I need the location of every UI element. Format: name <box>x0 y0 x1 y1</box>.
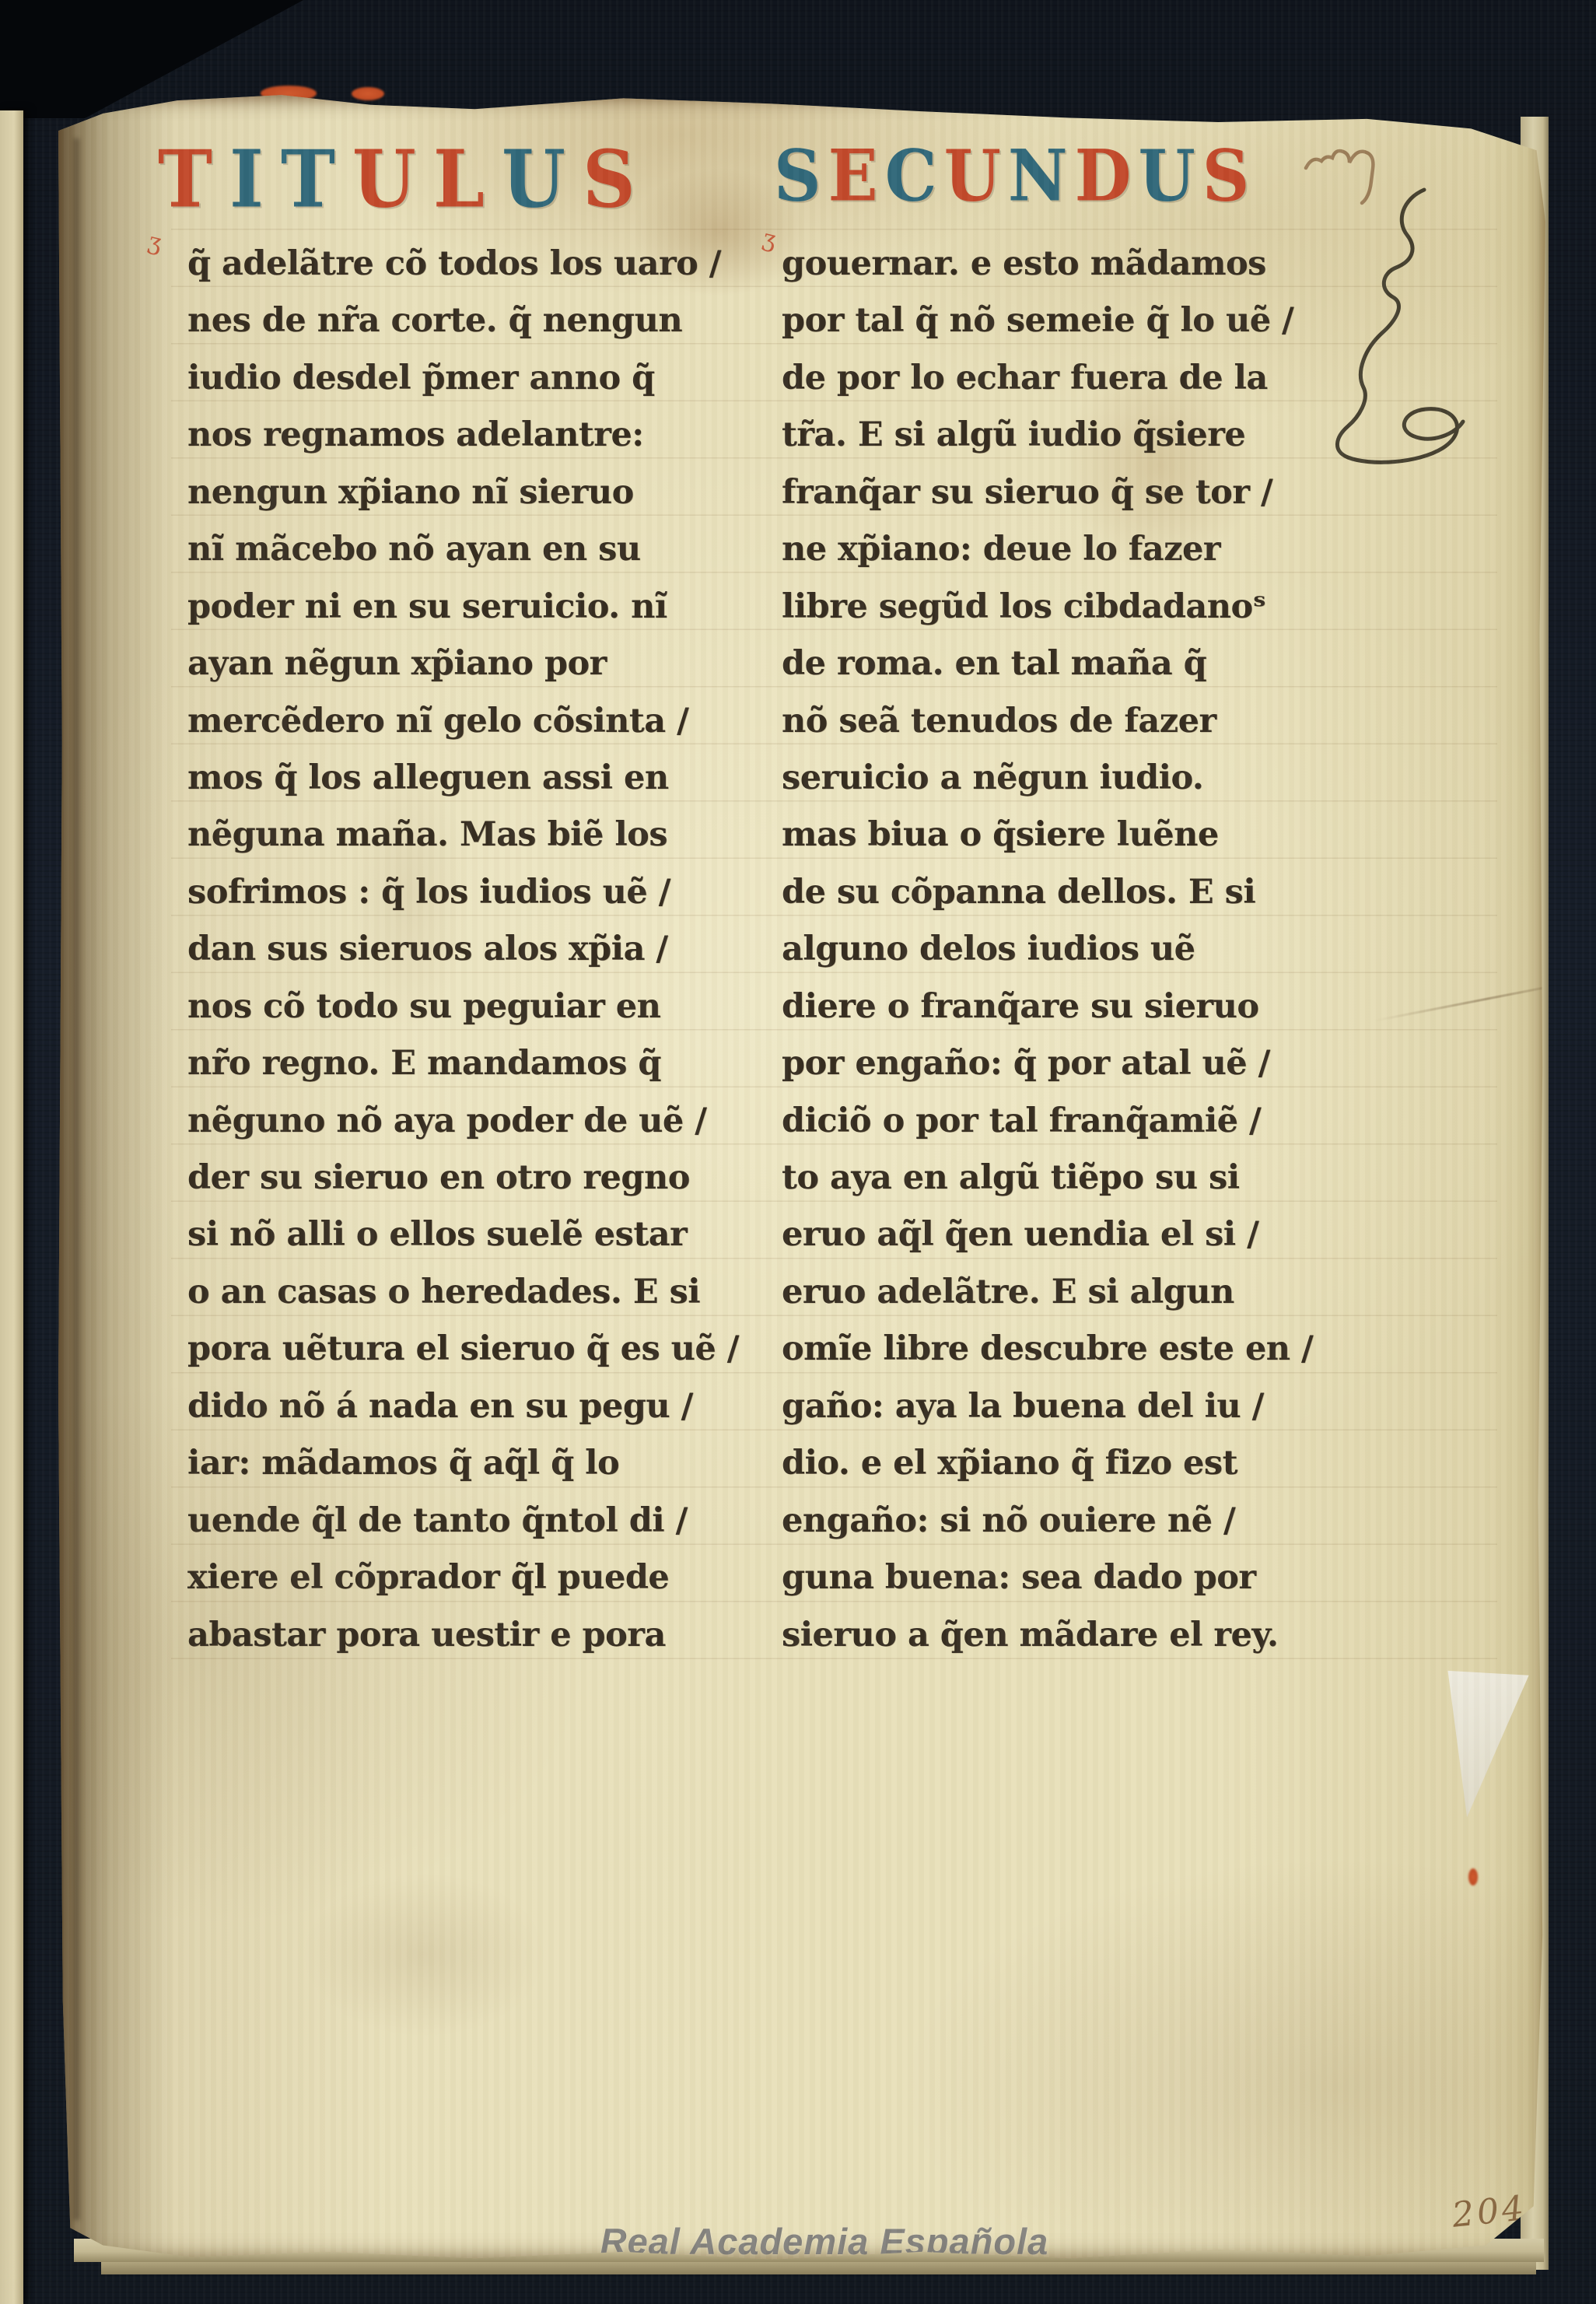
facing-page-edge <box>0 110 23 2304</box>
column-right: gouernar. e esto mãdamospor tal q̃ nõ se… <box>782 244 1381 1672</box>
parchment-page: TITULUS SECUNDUS ʒ ʒ q̃ adelãtre cõ todo… <box>58 92 1545 2260</box>
text-line: iar: mãdamos q̃ aq̃l q̃ lo <box>187 1444 755 1500</box>
text-line: nõ seã tenudos de fazer <box>782 702 1381 758</box>
text-line: por engaño: q̃ por atal uẽ / <box>782 1044 1381 1101</box>
title-left: TITULUS <box>158 137 653 222</box>
text-line: si nõ alli o ellos suelẽ estar <box>187 1215 755 1272</box>
text-line: nr̃o regno. E mandamos q̃ <box>187 1044 755 1101</box>
text-line: por tal q̃ nõ semeie q̃ lo uẽ / <box>782 301 1381 358</box>
title-letter: N <box>1008 134 1075 217</box>
title-letter: U <box>1138 134 1202 217</box>
text-line: uende q̃l de tanto q̃ntol di / <box>187 1501 755 1558</box>
gutter-crease <box>74 138 79 2220</box>
text-line: tr̃a. E si algũ iudio q̃siere <box>782 415 1381 472</box>
text-line: eruo adelãtre. E si algun <box>782 1273 1381 1329</box>
text-line: to aya en algũ tiẽpo su si <box>782 1158 1381 1215</box>
text-line: q̃ adelãtre cõ todos los uaro / <box>187 244 755 301</box>
text-line: nengun xp̃iano nĩ sieruo <box>187 473 755 530</box>
title-letter: U <box>502 134 583 226</box>
text-line: nos regnamos adelantre: <box>187 415 755 472</box>
text-line: omĩe libre descubre este en / <box>782 1329 1381 1386</box>
next-page-corner-tab <box>1444 1668 1531 1820</box>
title-letter: S <box>774 134 828 217</box>
title-letter: D <box>1075 134 1139 217</box>
manuscript-photo: TITULUS SECUNDUS ʒ ʒ q̃ adelãtre cõ todo… <box>0 0 1596 2304</box>
text-line: xiere el cõprador q̃l puede <box>187 1558 755 1615</box>
text-line: abastar pora uestir e pora <box>187 1616 755 1672</box>
text-line: franq̃ar su sieruo q̃ se tor / <box>782 473 1381 530</box>
text-line: dido nõ á nada en su pegu / <box>187 1387 755 1444</box>
text-line: nẽguna maña. Mas biẽ los <box>187 815 755 872</box>
text-line: nos cõ todo su peguiar en <box>187 987 755 1044</box>
title-right: SECUNDUS <box>774 137 1256 214</box>
text-line: sofrimos : q̃ los iudios uẽ / <box>187 873 755 930</box>
text-line: o an casas o heredades. E si <box>187 1273 755 1329</box>
title-letter: C <box>885 134 944 217</box>
parchment-crease <box>1374 976 1596 1021</box>
text-line: iudio desdel p̃mer anno q̃ <box>187 359 755 415</box>
text-line: sieruo a q̃en mãdare el rey. <box>782 1616 1381 1672</box>
text-line: mas biua o q̃siere luẽne <box>782 815 1381 872</box>
text-line: diere o franq̃are su sieruo <box>782 987 1381 1044</box>
text-line: gaño: aya la buena del iu / <box>782 1387 1381 1444</box>
scribal-flourish-mark: ʒ <box>760 224 779 254</box>
text-line: alguno delos iudios uẽ <box>782 930 1381 986</box>
text-line: seruicio a nẽgun iudio. <box>782 758 1381 815</box>
text-line: nĩ mãcebo nõ ayan en su <box>187 530 755 587</box>
text-line: mos q̃ los alleguen assi en <box>187 758 755 815</box>
red-ink-dot <box>1468 1868 1478 1886</box>
title-letter: E <box>828 134 885 217</box>
title-letter: T <box>281 134 352 226</box>
text-line: ayan nẽgun xp̃iano por <box>187 644 755 701</box>
text-line: gouernar. e esto mãdamos <box>782 244 1381 301</box>
text-line: guna buena: sea dado por <box>782 1558 1381 1615</box>
text-line: mercẽdero nĩ gelo cõsinta / <box>187 702 755 758</box>
text-line: dio. e el xp̃iano q̃ fizo est <box>782 1444 1381 1500</box>
title-letter: L <box>433 134 502 226</box>
text-line: diciõ o por tal franq̃amiẽ / <box>782 1101 1381 1158</box>
text-line: poder ni en su seruicio. nĩ <box>187 587 755 644</box>
title-letter: S <box>1202 134 1257 217</box>
title-letter: U <box>352 134 433 226</box>
text-line: libre segũd los cibdadanoˢ <box>782 587 1381 644</box>
title-letter: I <box>229 134 281 226</box>
parchment-stain <box>292 1865 556 2044</box>
column-left: q̃ adelãtre cõ todos los uaro /nes de nr… <box>187 244 755 1672</box>
text-line: de por lo echar fuera de la <box>782 359 1381 415</box>
page-stack-bottom-edge-2 <box>101 2262 1536 2274</box>
text-line: pora uẽtura el sieruo q̃ es uẽ / <box>187 1329 755 1386</box>
text-line: nes de nr̃a corte. q̃ nengun <box>187 301 755 358</box>
text-line: de su cõpanna dellos. E si <box>782 873 1381 930</box>
text-line: dan sus sieruos alos xp̃ia / <box>187 930 755 986</box>
text-line: de roma. en tal maña q̃ <box>782 644 1381 701</box>
red-paint-spot <box>352 87 384 100</box>
text-line: eruo aq̃l q̃en uendia el si / <box>782 1215 1381 1272</box>
folio-number: 204 <box>1451 2188 1529 2236</box>
text-line: der su sieruo en otro regno <box>187 1158 755 1215</box>
text-line: ne xp̃iano: deue lo fazer <box>782 530 1381 587</box>
text-line: nẽguno nõ aya poder de uẽ / <box>187 1101 755 1158</box>
title-letter: S <box>583 134 653 226</box>
text-line: engaño: si nõ ouiere nẽ / <box>782 1501 1381 1558</box>
title-letter: U <box>944 134 1008 217</box>
title-letter: T <box>158 134 229 226</box>
